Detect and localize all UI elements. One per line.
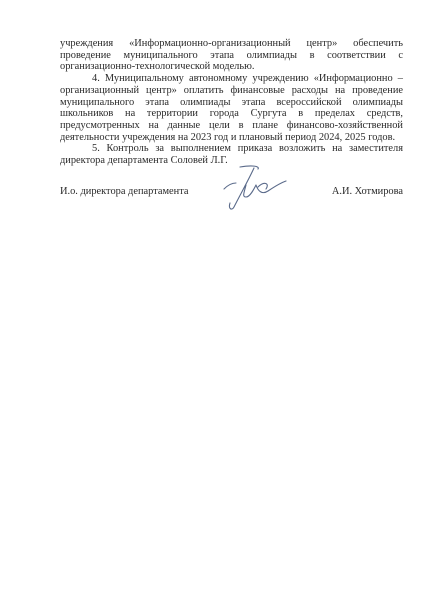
document-page: учреждения «Информационно-организационны… bbox=[0, 0, 424, 599]
paragraph-3-continuation: учреждения «Информационно-организационны… bbox=[60, 38, 403, 73]
signatory-position: И.о. директора департамента bbox=[60, 186, 189, 198]
paragraph-4: 4. Муниципальному автономному учреждению… bbox=[60, 73, 403, 143]
signatory-name: А.И. Хотмирова bbox=[332, 186, 403, 198]
signature-block: И.о. директора департамента А.И. Хотмиро… bbox=[60, 186, 403, 200]
document-body: учреждения «Информационно-организационны… bbox=[60, 38, 403, 167]
